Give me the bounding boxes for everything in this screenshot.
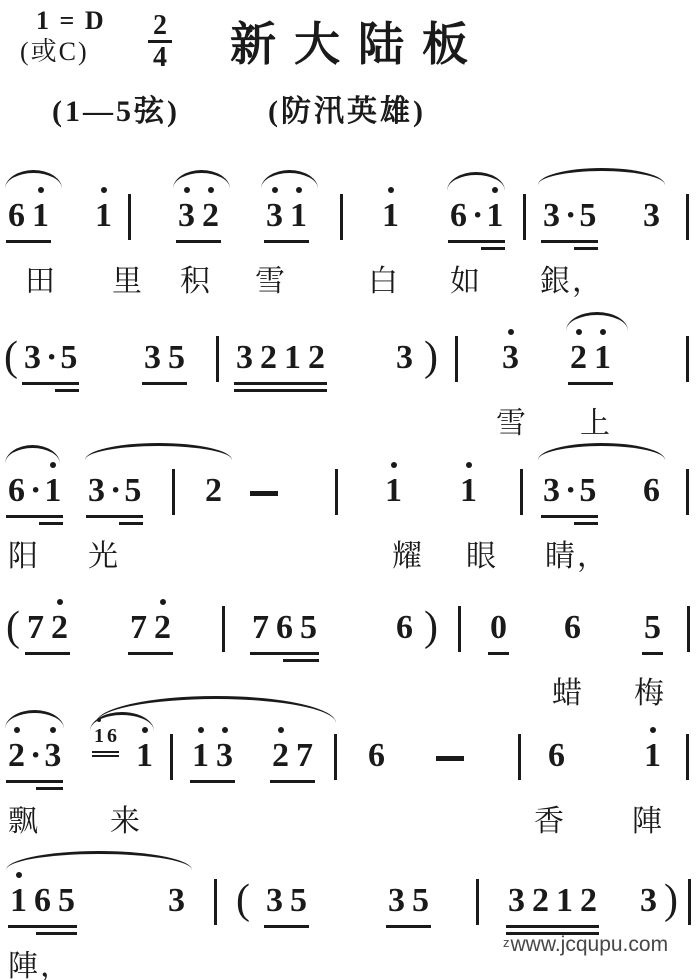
note: 3·5 (88, 471, 142, 511)
note: 3212 (236, 338, 326, 378)
slur-arc (261, 170, 318, 189)
dot-separator: · (46, 338, 57, 378)
note: 3 (502, 338, 520, 378)
note: 1 (95, 196, 113, 236)
note-digit: 5 (58, 881, 75, 921)
note: 6 (643, 471, 661, 511)
octave-dot (184, 187, 190, 193)
note: 1 (382, 196, 400, 236)
slur-arc (96, 696, 336, 723)
lyric-character: 雪 (255, 256, 287, 300)
note: 1 (460, 471, 478, 511)
slur-arc (566, 312, 628, 331)
duration-dash (436, 756, 464, 761)
note: 3·5 (24, 338, 78, 378)
octave-dot (160, 599, 166, 605)
octave-dot (576, 329, 582, 335)
lyric-character: 眼 (466, 531, 498, 575)
note: 1 (385, 471, 403, 511)
note-digit: 3 (502, 338, 519, 378)
note-digit: 3 (44, 736, 61, 776)
beam-underline (25, 652, 70, 655)
time-signature: 2 4 (141, 12, 179, 71)
dot-separator: · (30, 471, 41, 511)
beam-underline (270, 780, 315, 783)
octave-dot (57, 599, 63, 605)
note-digit: 1 (460, 471, 477, 511)
music-line: 2·31611327661飘来香陣 (0, 700, 700, 840)
note: 3 (640, 881, 658, 921)
note: 3 (643, 196, 661, 236)
note: 1 (644, 736, 662, 776)
octave-dot (16, 872, 22, 878)
note-digit: 5 (579, 196, 596, 236)
time-signature-denominator: 4 (141, 44, 179, 71)
note-digit: 1 (44, 471, 61, 511)
note-digit: 6 (450, 196, 467, 236)
beam-underline (190, 780, 235, 783)
barline (335, 469, 338, 515)
note-digit: 3 (88, 471, 105, 511)
note-digit: 5 (60, 338, 77, 378)
note-digit: 5 (579, 471, 596, 511)
note-digit: 5 (290, 881, 307, 921)
note: 72 (130, 608, 172, 648)
beam-underline (6, 240, 51, 243)
octave-dot (492, 187, 498, 193)
note-digit: 3 (266, 881, 283, 921)
key-signature: 1 = D (或C) (20, 6, 106, 68)
barline (170, 734, 173, 780)
barline (686, 469, 689, 515)
beam-underline-partial (283, 659, 319, 662)
slur-arc (6, 851, 192, 870)
note-digit: 1 (95, 196, 112, 236)
note-digit: 7 (296, 736, 313, 776)
beam-underline (128, 652, 173, 655)
note-digit: 3 (396, 338, 413, 378)
note: 2·3 (8, 736, 62, 776)
barline (686, 194, 689, 240)
note-digit: 3 (178, 196, 195, 236)
note-digit: 1 (644, 736, 661, 776)
note: 6 (368, 736, 386, 776)
barline (172, 469, 175, 515)
octave-dot (38, 187, 44, 193)
note-digit: 6 (396, 608, 413, 648)
note-digit: 6 (548, 736, 565, 776)
note-digit: 6 (34, 881, 51, 921)
beam-underline (264, 925, 309, 928)
barline (128, 194, 131, 240)
octave-dot (198, 727, 204, 733)
lyric-character: 积 (180, 256, 212, 300)
beam-underline-partial (36, 787, 63, 790)
note: 6 (396, 608, 414, 648)
note-digit: 7 (27, 608, 44, 648)
beam-underline (541, 240, 598, 243)
beam-underline (264, 240, 309, 243)
slur-arc (5, 710, 64, 729)
beam-underline (488, 652, 509, 655)
barline (476, 879, 479, 925)
note: 6·1 (450, 196, 504, 236)
note: 6 (564, 608, 582, 648)
music-line: 611323116·13·53田里积雪白如銀， (0, 160, 700, 300)
note: 3 (396, 338, 414, 378)
beam-underline (6, 780, 63, 783)
lyric-character: 来 (110, 796, 142, 840)
note-digit: 6 (643, 471, 660, 511)
barline (688, 879, 691, 925)
open-paren: ( (6, 602, 20, 652)
note-digit: 5 (168, 338, 185, 378)
note-digit: 3 (266, 196, 283, 236)
note-digit: 3 (24, 338, 41, 378)
note-digit: 2 (570, 338, 587, 378)
lyric-character: 田 (25, 256, 57, 300)
note-digit: 7 (252, 608, 269, 648)
slur-arc (538, 443, 665, 460)
beam-underline-partial (574, 247, 598, 250)
subtitle-label: (防汛英雄) (268, 86, 426, 130)
beam-underline-partial (36, 932, 77, 935)
octave-dot (650, 727, 656, 733)
octave-dot (101, 187, 107, 193)
lyric-character: 耀 (392, 531, 424, 575)
note-digit: 0 (490, 608, 507, 648)
slur-arc (85, 443, 232, 460)
barline (214, 879, 217, 925)
octave-dot (14, 727, 20, 733)
octave-dot (278, 727, 284, 733)
octave-dot (508, 329, 514, 335)
note-digit: 1 (382, 196, 399, 236)
dot-separator: · (110, 471, 121, 511)
note-digit: 3 (144, 338, 161, 378)
note: 61 (8, 196, 50, 236)
lyric-character: 陣， (8, 941, 72, 980)
lyric-character: 飘 (8, 796, 40, 840)
close-paren: ) (664, 875, 678, 925)
beam-underline (568, 382, 613, 385)
barline (523, 194, 526, 240)
barline (458, 606, 461, 652)
open-paren: ( (4, 332, 18, 382)
note-digit: 2 (308, 338, 325, 378)
beam-underline (8, 925, 77, 928)
close-paren: ) (424, 602, 438, 652)
lyric-character: 香 (534, 796, 566, 840)
beam-underline (176, 240, 221, 243)
barline (686, 336, 689, 382)
note-digit: 3 (543, 471, 560, 511)
note-digit: 2 (154, 608, 171, 648)
note-digit: 6 (8, 196, 25, 236)
barline (455, 336, 458, 382)
note-digit: 6 (8, 471, 25, 511)
note: 165 (10, 881, 76, 921)
note: 3·5 (543, 196, 597, 236)
lyric-character: 如 (450, 256, 482, 300)
octave-dot (600, 329, 606, 335)
note-digit: 7 (130, 608, 147, 648)
dot-separator: · (565, 196, 576, 236)
note: 32 (178, 196, 220, 236)
beam-underline (541, 515, 598, 518)
note: 13 (192, 736, 234, 776)
note: 3·5 (543, 471, 597, 511)
note-digit: 2 (202, 196, 219, 236)
note-digit: 1 (284, 338, 301, 378)
note: 35 (388, 881, 430, 921)
note-digit: 1 (594, 338, 611, 378)
watermark-url: www.jcqupu.com (511, 933, 669, 956)
note: 6 (548, 736, 566, 776)
barline (687, 606, 690, 652)
beam-underline (506, 925, 599, 928)
beam-underline-partial (119, 522, 143, 525)
octave-dot (466, 462, 472, 468)
sheet-music-page: 1 = D (或C) 2 4 新大陆板 (1—5弦) (防汛英雄) 611323… (0, 0, 700, 980)
octave-dot (222, 727, 228, 733)
beam-underline-partial (481, 247, 505, 250)
note-digit: 2 (205, 471, 222, 511)
lyric-character: 白 (368, 256, 400, 300)
note: 765 (252, 608, 318, 648)
beam-underline (234, 382, 327, 385)
grace-note: 16 (94, 724, 118, 748)
beam-underline (642, 652, 663, 655)
lyric-character: 睛， (545, 531, 609, 575)
note: 5 (644, 608, 662, 648)
beam-underline-partial (574, 522, 598, 525)
note-digit: 5 (124, 471, 141, 511)
octave-dot (142, 727, 148, 733)
octave-dot (388, 187, 394, 193)
beam-underline (92, 751, 119, 753)
note-digit: 1 (192, 736, 209, 776)
beam-underline-2 (234, 389, 327, 392)
music-line: (3·53532123)321雪上 (0, 302, 700, 442)
dot-separator: · (565, 471, 576, 511)
note-digit: 3 (543, 196, 560, 236)
note-digit: 1 (290, 196, 307, 236)
slur-arc (5, 170, 62, 189)
octave-dot (208, 187, 214, 193)
open-paren: ( (236, 875, 250, 925)
key-signature-alt: (或C) (20, 36, 106, 68)
note-digit: 1 (94, 724, 104, 748)
barline (520, 469, 523, 515)
note: 1 (136, 736, 154, 776)
beam-underline (142, 382, 187, 385)
beam-underline (22, 382, 79, 385)
time-signature-numerator: 2 (141, 12, 179, 39)
watermark: zwww.jcqupu.com (503, 933, 668, 957)
octave-dot (50, 462, 56, 468)
barline (216, 336, 219, 382)
note-digit: 6 (564, 608, 581, 648)
dot-separator: · (30, 736, 41, 776)
slur-arc (538, 168, 665, 185)
beam-underline-partial (39, 522, 63, 525)
note-digit: 2 (260, 338, 277, 378)
barline (340, 194, 343, 240)
barline (334, 734, 337, 780)
note-digit: 1 (486, 196, 503, 236)
note-digit: 1 (556, 881, 573, 921)
note: 3 (168, 881, 186, 921)
note-digit: 5 (300, 608, 317, 648)
note-digit: 1 (10, 881, 27, 921)
note: 35 (266, 881, 308, 921)
lyric-character: 銀， (540, 256, 604, 300)
note-digit: 6 (368, 736, 385, 776)
close-paren: ) (424, 332, 438, 382)
note: 3212 (508, 881, 598, 921)
note: 2 (205, 471, 223, 511)
duration-dash (250, 491, 278, 496)
octave-dot (50, 727, 56, 733)
note: 21 (570, 338, 612, 378)
beam-underline (250, 652, 319, 655)
note-digit: 1 (32, 196, 49, 236)
note-digit: 2 (51, 608, 68, 648)
note-digit: 3 (216, 736, 233, 776)
note-digit: 2 (272, 736, 289, 776)
barline (686, 734, 689, 780)
beam-underline-2 (92, 755, 119, 757)
music-line: (72727656)065蜡梅 (0, 572, 700, 712)
note-digit: 2 (580, 881, 597, 921)
note-digit: 6 (107, 724, 117, 748)
beam-underline (86, 515, 143, 518)
octave-dot (296, 187, 302, 193)
note-digit: 3 (640, 881, 657, 921)
note: 31 (266, 196, 308, 236)
beam-underline (6, 515, 63, 518)
octave-dot (272, 187, 278, 193)
key-signature-main: 1 = D (20, 6, 106, 36)
tuning-label: (1—5弦) (52, 86, 180, 130)
octave-dot (391, 462, 397, 468)
note-digit: 2 (8, 736, 25, 776)
beam-underline (448, 240, 505, 243)
lyric-character: 里 (112, 256, 144, 300)
barline (222, 606, 225, 652)
music-line: 6·13·52113·56阳光耀眼睛， (0, 435, 700, 575)
note-digit: 3 (388, 881, 405, 921)
dot-separator: · (472, 196, 483, 236)
lyric-character: 光 (88, 531, 120, 575)
barline (518, 734, 521, 780)
note: 27 (272, 736, 314, 776)
note-digit: 1 (385, 471, 402, 511)
beam-underline (386, 925, 431, 928)
lyric-character: 陣 (632, 796, 664, 840)
note-digit: 5 (644, 608, 661, 648)
slur-arc (173, 170, 230, 189)
note-digit: 2 (532, 881, 549, 921)
note-digit: 3 (168, 881, 185, 921)
note-digit: 6 (276, 608, 293, 648)
lyric-character: 阳 (8, 531, 40, 575)
page-title: 新大陆板 (230, 8, 486, 74)
note: 72 (27, 608, 69, 648)
note: 6·1 (8, 471, 62, 511)
music-line: 1653(353532123)陣， (0, 845, 700, 980)
octave-dot (97, 718, 101, 722)
note-digit: 1 (136, 736, 153, 776)
note-digit: 5 (412, 881, 429, 921)
beam-underline-partial (55, 389, 79, 392)
watermark-logo: z (503, 935, 510, 950)
note-digit: 3 (236, 338, 253, 378)
note-digit: 3 (508, 881, 525, 921)
note-digit: 3 (643, 196, 660, 236)
note: 0 (490, 608, 508, 648)
note: 35 (144, 338, 186, 378)
